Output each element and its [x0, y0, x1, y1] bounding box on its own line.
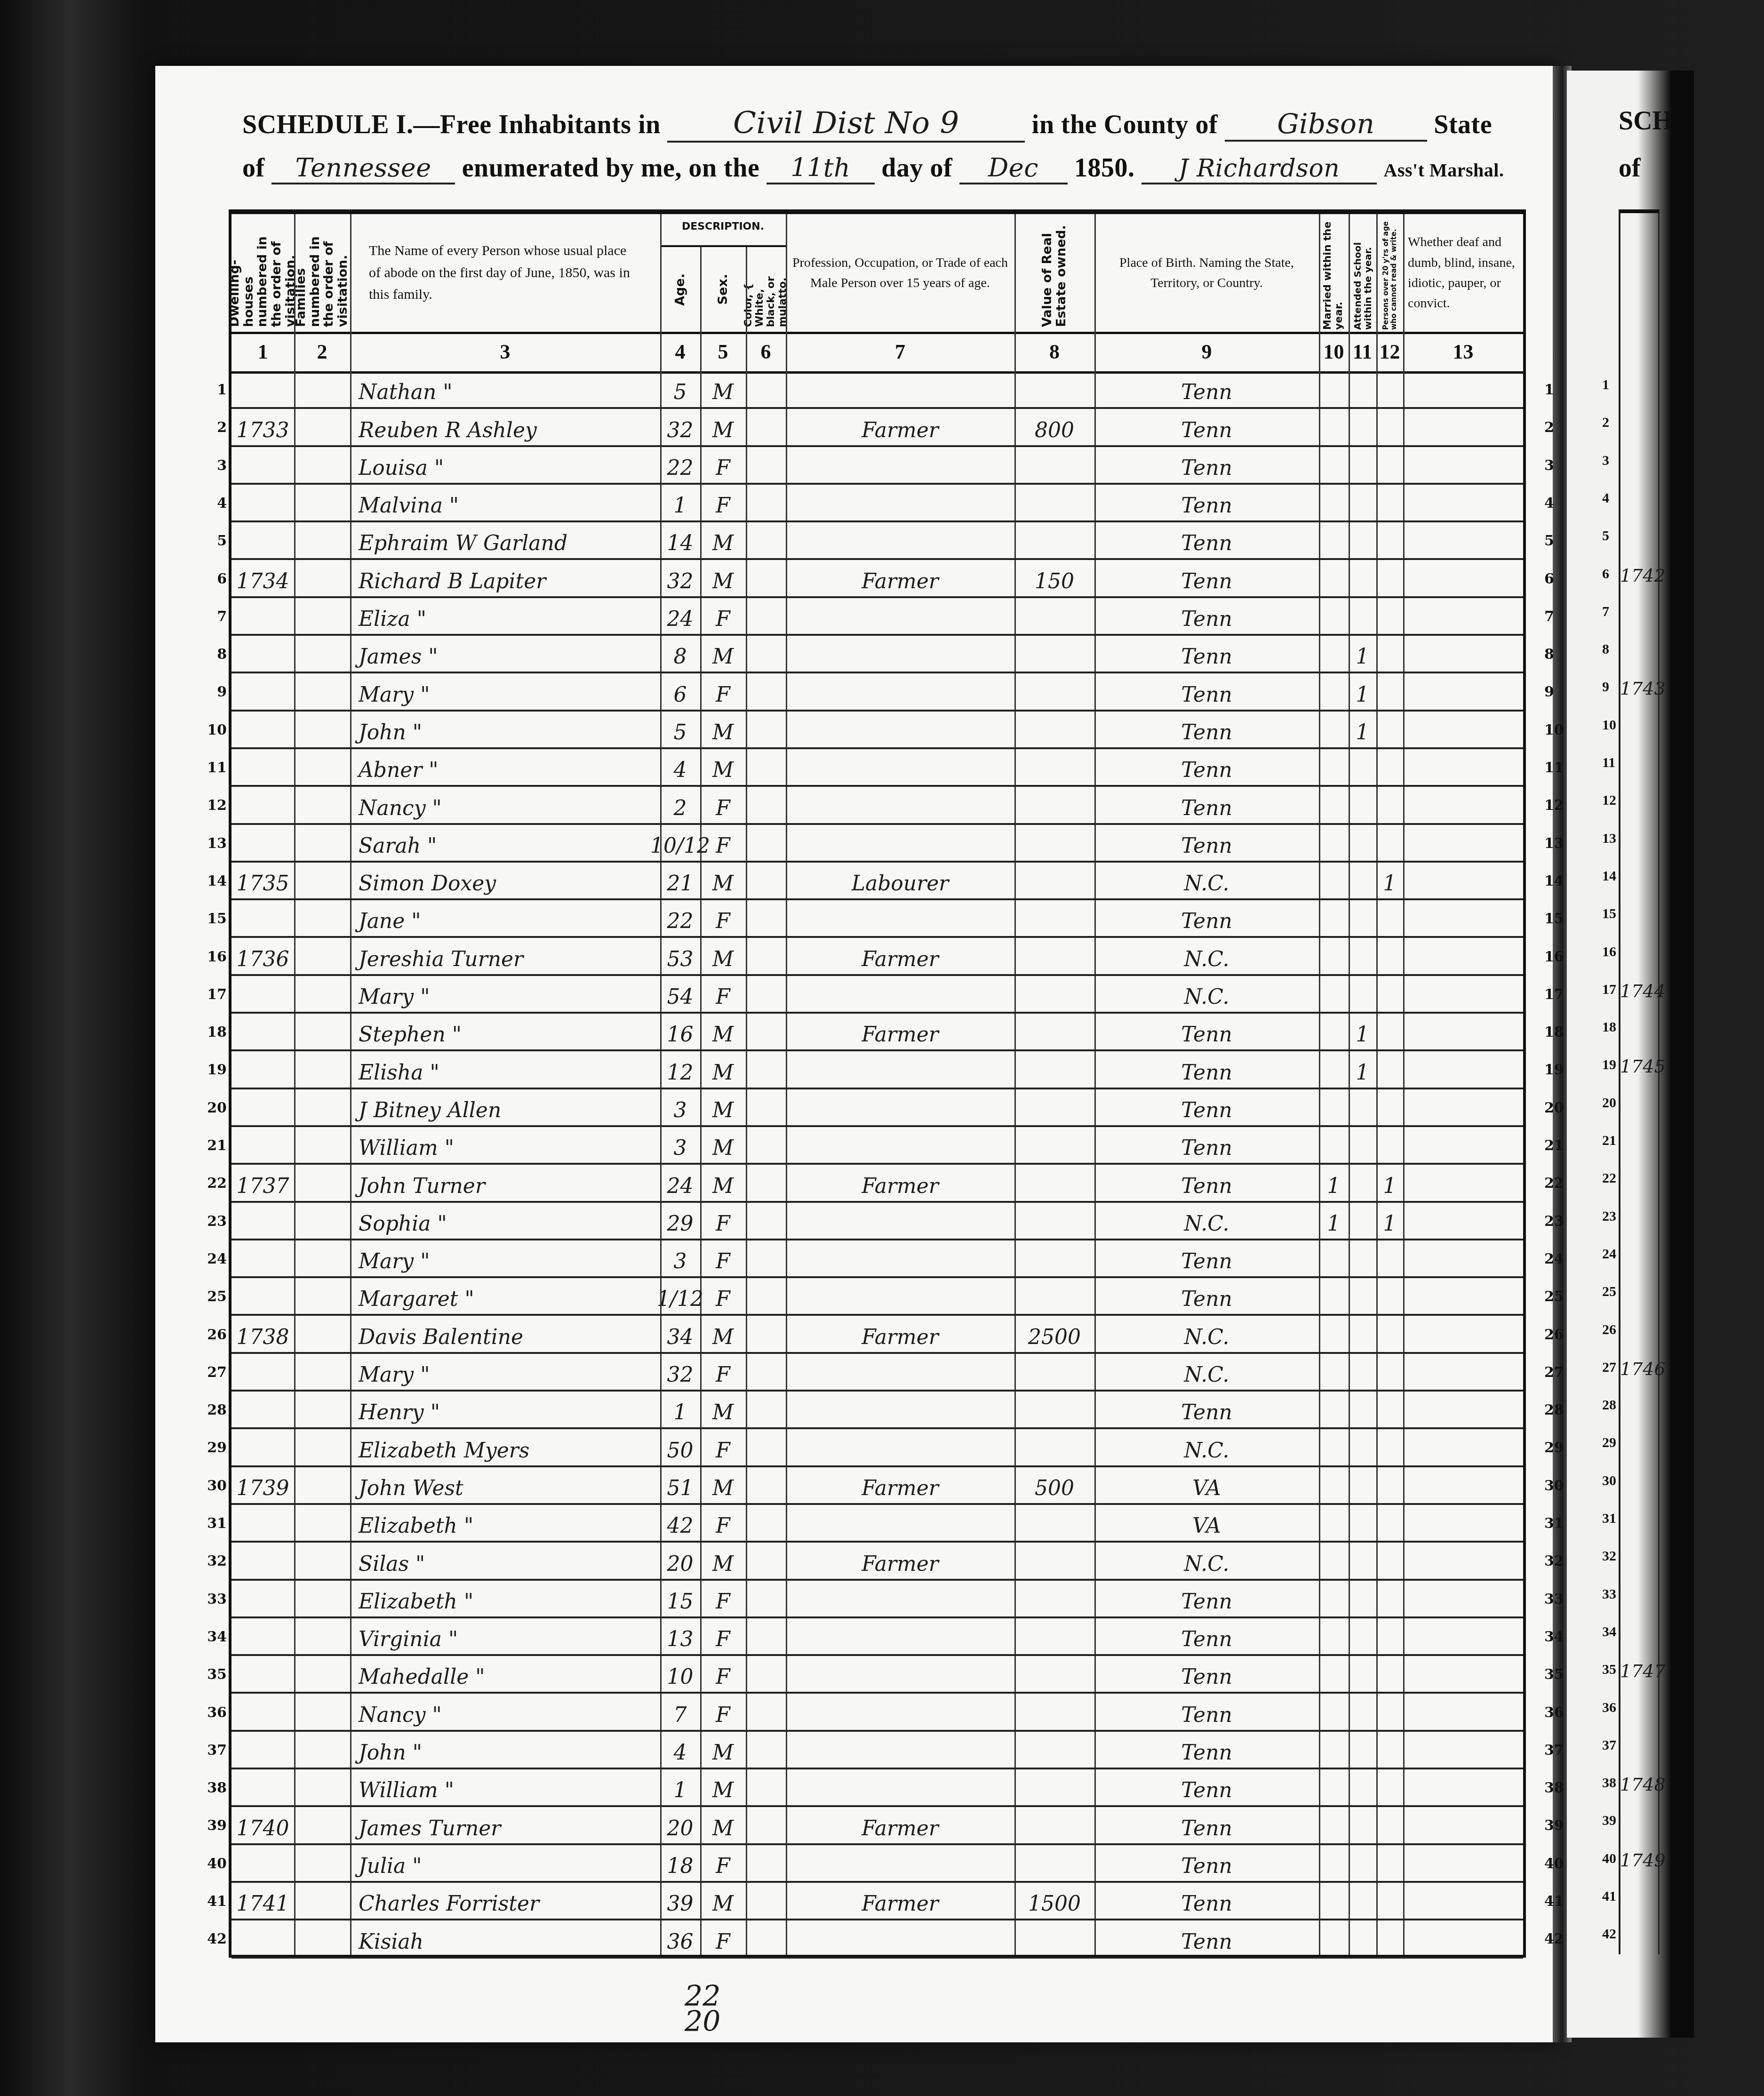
- sex-cell: F: [700, 825, 746, 861]
- birthplace-cell: N.C.: [1094, 976, 1319, 1012]
- birthplace-cell: Tenn: [1094, 1089, 1319, 1125]
- school-cell: [1349, 1127, 1376, 1163]
- line-number-right: 25: [1544, 1288, 1572, 1305]
- line-number-right: 3: [1544, 457, 1572, 474]
- line-number: 9: [199, 684, 227, 700]
- age-cell: 3: [660, 1127, 700, 1163]
- birthplace-cell: Tenn: [1094, 673, 1319, 709]
- occupation-cell: [786, 900, 1014, 936]
- married-cell: [1319, 1845, 1349, 1881]
- sex-cell: F: [700, 1354, 746, 1390]
- line-number: 3: [199, 457, 227, 474]
- real-estate-cell: [1014, 1392, 1094, 1427]
- age-cell: 22: [660, 447, 700, 483]
- line-number-right: 42: [1544, 1931, 1572, 1947]
- birthplace-cell: Tenn: [1094, 1656, 1319, 1692]
- line-number: 14: [199, 873, 227, 889]
- school-cell: [1349, 1883, 1376, 1919]
- line-number-right: 24: [1544, 1251, 1572, 1267]
- illiterate-cell: [1376, 1807, 1403, 1843]
- real-estate-cell: [1014, 1014, 1094, 1049]
- illiterate-cell: [1376, 1089, 1403, 1125]
- name-cell: Elisha ": [350, 1051, 660, 1087]
- occupation-cell: [786, 1429, 1014, 1465]
- school-cell: [1349, 1278, 1376, 1314]
- line-number: 2: [199, 419, 227, 436]
- birthplace-cell: Tenn: [1094, 1807, 1319, 1843]
- col-num-8: 8: [1014, 332, 1094, 371]
- school-cell: [1349, 1392, 1376, 1427]
- birthplace-cell: Tenn: [1094, 1769, 1319, 1805]
- birthplace-cell: Tenn: [1094, 1051, 1319, 1087]
- birthplace-cell: Tenn: [1094, 1165, 1319, 1200]
- line-number-right: 12: [1544, 797, 1572, 814]
- name-cell: John ": [350, 1732, 660, 1768]
- married-cell: [1319, 900, 1349, 936]
- illiterate-cell: [1376, 598, 1403, 634]
- birthplace-cell: N.C.: [1094, 1543, 1319, 1578]
- age-cell: 24: [660, 598, 700, 634]
- name-cell: Reuben R Ashley: [350, 409, 660, 445]
- col-num-13: 13: [1403, 332, 1523, 371]
- adjacent-line-number: 24: [1602, 1246, 1616, 1262]
- sex-cell: F: [700, 1920, 746, 1956]
- adjacent-line-number: 5: [1602, 528, 1609, 544]
- married-cell: [1319, 1920, 1349, 1956]
- occupation-cell: [786, 787, 1014, 823]
- adjacent-line-number: 23: [1602, 1208, 1616, 1224]
- illiterate-cell: [1376, 485, 1403, 520]
- age-cell: 42: [660, 1505, 700, 1541]
- adjacent-line-number: 29: [1602, 1435, 1616, 1451]
- line-number: 17: [199, 986, 227, 1003]
- dwelling-cell: [231, 749, 294, 785]
- line-number: 41: [199, 1893, 227, 1910]
- illiterate-cell: [1376, 900, 1403, 936]
- header-infirmity: Whether deaf and dumb, blind, insane, id…: [1403, 214, 1523, 332]
- sex-cell: F: [700, 787, 746, 823]
- adjacent-line-number: 9: [1602, 679, 1609, 695]
- table-row: 2020J Bitney Allen3MTenn: [231, 1089, 1523, 1127]
- line-number-right: 14: [1544, 873, 1572, 889]
- table-row: 26261738Davis Balentine34MFarmer2500N.C.: [231, 1316, 1523, 1354]
- married-cell: [1319, 560, 1349, 596]
- age-cell: 32: [660, 409, 700, 445]
- age-cell: 3: [660, 1240, 700, 1276]
- marshal-signature: J Richardson: [1141, 154, 1377, 184]
- real-estate-cell: [1014, 787, 1094, 823]
- illiterate-cell: [1376, 1883, 1403, 1919]
- adjacent-line-number: 12: [1602, 792, 1616, 808]
- real-estate-cell: [1014, 1127, 1094, 1163]
- age-cell: 6: [660, 673, 700, 709]
- occupation-cell: [786, 1505, 1014, 1541]
- sex-cell: M: [700, 1014, 746, 1049]
- school-cell: [1349, 1316, 1376, 1352]
- adjacent-line-number: 33: [1602, 1586, 1616, 1602]
- line-number-right: 6: [1544, 571, 1572, 587]
- census-table: Dwelling-houses numbered in the order of…: [229, 209, 1526, 1958]
- real-estate-cell: [1014, 1694, 1094, 1730]
- real-estate-cell: [1014, 1278, 1094, 1314]
- dwelling-cell: [231, 371, 294, 407]
- line-number-right: 29: [1544, 1440, 1572, 1456]
- occupation-cell: [786, 712, 1014, 747]
- dwelling-cell: 1739: [231, 1467, 294, 1503]
- married-cell: [1319, 1618, 1349, 1654]
- illiterate-cell: [1376, 1505, 1403, 1541]
- name-cell: James Turner: [350, 1807, 660, 1843]
- table-row: 2727Mary "32FN.C.: [231, 1354, 1523, 1392]
- married-cell: [1319, 1769, 1349, 1805]
- sex-cell: M: [700, 560, 746, 596]
- sex-cell: M: [700, 1467, 746, 1503]
- adjacent-dwelling-number: 1744: [1620, 981, 1666, 1001]
- married-cell: [1319, 636, 1349, 672]
- illiterate-cell: [1376, 371, 1403, 407]
- occupation-cell: [786, 1278, 1014, 1314]
- sex-cell: M: [700, 522, 746, 558]
- dwelling-cell: [231, 1694, 294, 1730]
- table-row: 99Mary "6FTenn1: [231, 673, 1523, 711]
- occupation-cell: Farmer: [786, 1316, 1014, 1352]
- sex-cell: M: [700, 1165, 746, 1200]
- birthplace-cell: N.C.: [1094, 1316, 1319, 1352]
- illiterate-cell: [1376, 447, 1403, 483]
- occupation-cell: [786, 636, 1014, 672]
- real-estate-cell: [1014, 938, 1094, 974]
- school-cell: [1349, 560, 1376, 596]
- district-field: Civil Dist No 9: [667, 106, 1025, 143]
- name-cell: Davis Balentine: [350, 1316, 660, 1352]
- schedule-title: SCHEDULE I.—Free Inhabitants in: [242, 110, 661, 139]
- school-cell: [1349, 371, 1376, 407]
- school-cell: [1349, 1581, 1376, 1616]
- married-cell: [1319, 749, 1349, 785]
- real-estate-cell: [1014, 371, 1094, 407]
- married-cell: [1319, 1089, 1349, 1125]
- occupation-cell: Farmer: [786, 1543, 1014, 1578]
- sex-cell: F: [700, 673, 746, 709]
- name-cell: Mary ": [350, 1354, 660, 1390]
- occupation-cell: Farmer: [786, 1165, 1014, 1200]
- adjacent-line-number: 22: [1602, 1170, 1616, 1186]
- name-cell: Eliza ": [350, 598, 660, 634]
- married-cell: [1319, 1694, 1349, 1730]
- age-cell: 13: [660, 1618, 700, 1654]
- sex-cell: F: [700, 1656, 746, 1692]
- married-cell: [1319, 1278, 1349, 1314]
- line-number: 42: [199, 1931, 227, 1947]
- school-cell: [1349, 1203, 1376, 1239]
- col-num-1: 1: [231, 332, 294, 371]
- sex-cell: F: [700, 485, 746, 520]
- school-cell: [1349, 863, 1376, 898]
- married-cell: [1319, 976, 1349, 1012]
- birthplace-cell: Tenn: [1094, 900, 1319, 936]
- birthplace-cell: VA: [1094, 1505, 1319, 1541]
- school-cell: 1: [1349, 636, 1376, 672]
- line-number: 10: [199, 722, 227, 738]
- sex-cell: M: [700, 1127, 746, 1163]
- col-num-9: 9: [1094, 332, 1319, 371]
- header-family: Families numbered in the order of visita…: [294, 214, 350, 332]
- birthplace-cell: Tenn: [1094, 787, 1319, 823]
- birthplace-cell: N.C.: [1094, 863, 1319, 898]
- dwelling-cell: 1733: [231, 409, 294, 445]
- adjacent-line-number: 11: [1602, 755, 1615, 771]
- dwelling-cell: [231, 1505, 294, 1541]
- adjacent-dwelling-number: 1749: [1620, 1850, 1666, 1871]
- age-cell: 4: [660, 749, 700, 785]
- school-cell: [1349, 1165, 1376, 1200]
- age-cell: 50: [660, 1429, 700, 1465]
- sex-cell: F: [700, 976, 746, 1012]
- name-cell: Simon Doxey: [350, 863, 660, 898]
- married-cell: [1319, 1883, 1349, 1919]
- line-number-right: 35: [1544, 1666, 1572, 1683]
- married-cell: [1319, 938, 1349, 974]
- married-cell: [1319, 1656, 1349, 1692]
- name-cell: Richard B Lapiter: [350, 560, 660, 596]
- occupation-cell: Farmer: [786, 938, 1014, 974]
- birthplace-cell: Tenn: [1094, 1240, 1319, 1276]
- occupation-cell: [786, 1127, 1014, 1163]
- header-illiterate: Persons over 20 y'rs of age who cannot r…: [1376, 214, 1403, 332]
- dwelling-cell: 1738: [231, 1316, 294, 1352]
- age-cell: 8: [660, 636, 700, 672]
- illiterate-cell: [1376, 1240, 1403, 1276]
- school-cell: [1349, 598, 1376, 634]
- line-number-right: 17: [1544, 986, 1572, 1003]
- school-cell: [1349, 1429, 1376, 1465]
- table-row: 2929Elizabeth Myers50FN.C.: [231, 1429, 1523, 1467]
- line-number-right: 13: [1544, 835, 1572, 852]
- sex-cell: F: [700, 1618, 746, 1654]
- illiterate-cell: [1376, 976, 1403, 1012]
- dwelling-cell: [231, 1732, 294, 1768]
- line-number: 37: [199, 1742, 227, 1759]
- table-row: 1212Nancy "2FTenn: [231, 787, 1523, 824]
- line-number: 8: [199, 646, 227, 663]
- line-number-right: 38: [1544, 1780, 1572, 1796]
- dwelling-cell: [231, 1920, 294, 1956]
- occupation-cell: [786, 1051, 1014, 1087]
- name-cell: Ephraim W Garland: [350, 522, 660, 558]
- table-row: 3737John "4MTenn: [231, 1732, 1523, 1769]
- day-of-label: day of: [881, 153, 952, 183]
- real-estate-cell: [1014, 673, 1094, 709]
- school-cell: 1: [1349, 673, 1376, 709]
- age-cell: 21: [660, 863, 700, 898]
- occupation-cell: Labourer: [786, 863, 1014, 898]
- school-cell: 1: [1349, 1014, 1376, 1049]
- table-row: 33Louisa "22FTenn: [231, 447, 1523, 485]
- table-row: 1010John "5MTenn1: [231, 712, 1523, 749]
- married-cell: [1319, 1392, 1349, 1427]
- occupation-cell: [786, 749, 1014, 785]
- sex-cell: M: [700, 636, 746, 672]
- col-num-11: 11: [1349, 332, 1376, 371]
- married-cell: [1319, 1581, 1349, 1616]
- adjacent-line-number: 42: [1602, 1926, 1616, 1942]
- dwelling-cell: [231, 1392, 294, 1427]
- col-num-5: 5: [700, 332, 746, 371]
- header-color: Color, { White, black, or mulatto.: [746, 247, 786, 332]
- sex-cell: M: [700, 863, 746, 898]
- line-number: 23: [199, 1213, 227, 1230]
- age-cell: 5: [660, 371, 700, 407]
- name-cell: Henry ": [350, 1392, 660, 1427]
- married-cell: [1319, 485, 1349, 520]
- real-estate-cell: 500: [1014, 1467, 1094, 1503]
- birthplace-cell: Tenn: [1094, 1127, 1319, 1163]
- occupation-cell: [786, 1920, 1014, 1956]
- birthplace-cell: Tenn: [1094, 598, 1319, 634]
- occupation-cell: [786, 1732, 1014, 1768]
- married-cell: [1319, 1505, 1349, 1541]
- illiterate-cell: [1376, 712, 1403, 747]
- occupation-cell: [786, 825, 1014, 861]
- real-estate-cell: [1014, 1656, 1094, 1692]
- table-row: 3434Virginia "13FTenn: [231, 1618, 1523, 1656]
- col-num-7: 7: [786, 332, 1014, 371]
- table-row: 3535Mahedalle "10FTenn: [231, 1656, 1523, 1694]
- sex-cell: F: [700, 1505, 746, 1541]
- state-label: State: [1434, 110, 1492, 139]
- name-cell: John West: [350, 1467, 660, 1503]
- name-cell: Virginia ": [350, 1618, 660, 1654]
- school-cell: [1349, 1505, 1376, 1541]
- line-number: 21: [199, 1137, 227, 1154]
- occupation-cell: [786, 522, 1014, 558]
- table-row: 661734Richard B Lapiter32MFarmer150Tenn: [231, 560, 1523, 598]
- school-cell: [1349, 900, 1376, 936]
- table-row: 88James "8MTenn1: [231, 636, 1523, 673]
- table-row: 1515Jane "22FTenn: [231, 900, 1523, 938]
- table-row: 55Ephraim W Garland14MTenn: [231, 522, 1523, 560]
- month-field: Dec: [959, 153, 1068, 184]
- dwelling-cell: [231, 636, 294, 672]
- sex-cell: M: [700, 1316, 746, 1352]
- state-field: Tennessee: [271, 153, 455, 184]
- illiterate-cell: [1376, 1467, 1403, 1503]
- birthplace-cell: Tenn: [1094, 1392, 1319, 1427]
- table-row: 2424Mary "3FTenn: [231, 1240, 1523, 1278]
- occupation-cell: [786, 447, 1014, 483]
- birthplace-cell: Tenn: [1094, 825, 1319, 861]
- table-row: 4242Kisiah36FTenn: [231, 1920, 1523, 1958]
- school-cell: [1349, 1656, 1376, 1692]
- line-number-right: 28: [1544, 1402, 1572, 1418]
- birthplace-cell: Tenn: [1094, 636, 1319, 672]
- illiterate-cell: 1: [1376, 863, 1403, 898]
- name-cell: John Turner: [350, 1165, 660, 1200]
- age-cell: 1: [660, 485, 700, 520]
- line-number: 12: [199, 797, 227, 814]
- line-number-right: 33: [1544, 1591, 1572, 1608]
- school-cell: 1: [1349, 1051, 1376, 1087]
- occupation-cell: [786, 1354, 1014, 1390]
- line-number-right: 21: [1544, 1137, 1572, 1154]
- dwelling-cell: 1740: [231, 1807, 294, 1843]
- occupation-cell: [786, 1392, 1014, 1427]
- real-estate-cell: [1014, 1354, 1094, 1390]
- adjacent-line-number: 25: [1602, 1284, 1616, 1300]
- header-birthplace: Place of Birth. Naming the State, Territ…: [1094, 214, 1319, 332]
- illiterate-cell: [1376, 1014, 1403, 1049]
- occupation-cell: [786, 371, 1014, 407]
- name-cell: Abner ": [350, 749, 660, 785]
- line-number-right: 41: [1544, 1893, 1572, 1910]
- line-number-right: 34: [1544, 1629, 1572, 1645]
- line-number: 19: [199, 1062, 227, 1078]
- line-number: 34: [199, 1629, 227, 1645]
- dwelling-cell: [231, 825, 294, 861]
- dwelling-cell: [231, 1354, 294, 1390]
- line-number: 27: [199, 1364, 227, 1381]
- illiterate-cell: [1376, 1732, 1403, 1768]
- line-number: 26: [199, 1327, 227, 1343]
- occupation-cell: [786, 1581, 1014, 1616]
- age-cell: 1: [660, 1392, 700, 1427]
- dwelling-cell: 1734: [231, 560, 294, 596]
- adjacent-line-number: 28: [1602, 1397, 1616, 1413]
- dwelling-cell: [231, 1845, 294, 1881]
- age-cell: 39: [660, 1883, 700, 1919]
- age-cell: 3: [660, 1089, 700, 1125]
- line-number: 32: [199, 1553, 227, 1569]
- of-label: of: [242, 153, 265, 183]
- header-age: Age.: [660, 247, 700, 332]
- line-number: 31: [199, 1515, 227, 1532]
- name-cell: Elizabeth Myers: [350, 1429, 660, 1465]
- age-cell: 20: [660, 1543, 700, 1578]
- line-number: 7: [199, 608, 227, 625]
- real-estate-cell: [1014, 447, 1094, 483]
- line-number: 6: [199, 571, 227, 587]
- line-number: 36: [199, 1704, 227, 1721]
- married-cell: 1: [1319, 1165, 1349, 1200]
- sex-cell: F: [700, 1203, 746, 1239]
- name-cell: Elizabeth ": [350, 1505, 660, 1541]
- married-cell: [1319, 598, 1349, 634]
- sex-cell: M: [700, 1769, 746, 1805]
- adjacent-line-number: 4: [1602, 490, 1609, 506]
- adjacent-line-number: 8: [1602, 641, 1609, 657]
- birthplace-cell: Tenn: [1094, 371, 1319, 407]
- dwelling-cell: [231, 598, 294, 634]
- married-cell: [1319, 1127, 1349, 1163]
- dwelling-cell: [231, 1581, 294, 1616]
- occupation-cell: [786, 598, 1014, 634]
- line-number-right: 1: [1544, 382, 1572, 398]
- line-number: 11: [199, 760, 227, 776]
- adjacent-line-number: 27: [1602, 1360, 1616, 1376]
- adjacent-line-number: 2: [1602, 415, 1609, 431]
- adjacent-title: SCH: [1619, 106, 1673, 136]
- name-cell: Mary ": [350, 673, 660, 709]
- col-num-2: 2: [294, 332, 350, 371]
- birthplace-cell: Tenn: [1094, 522, 1319, 558]
- line-number: 20: [199, 1100, 227, 1116]
- illiterate-cell: [1376, 409, 1403, 445]
- line-number-right: 4: [1544, 495, 1572, 512]
- line-number-right: 37: [1544, 1742, 1572, 1759]
- sex-cell: F: [700, 1845, 746, 1881]
- dwelling-cell: [231, 976, 294, 1012]
- sex-cell: M: [700, 712, 746, 747]
